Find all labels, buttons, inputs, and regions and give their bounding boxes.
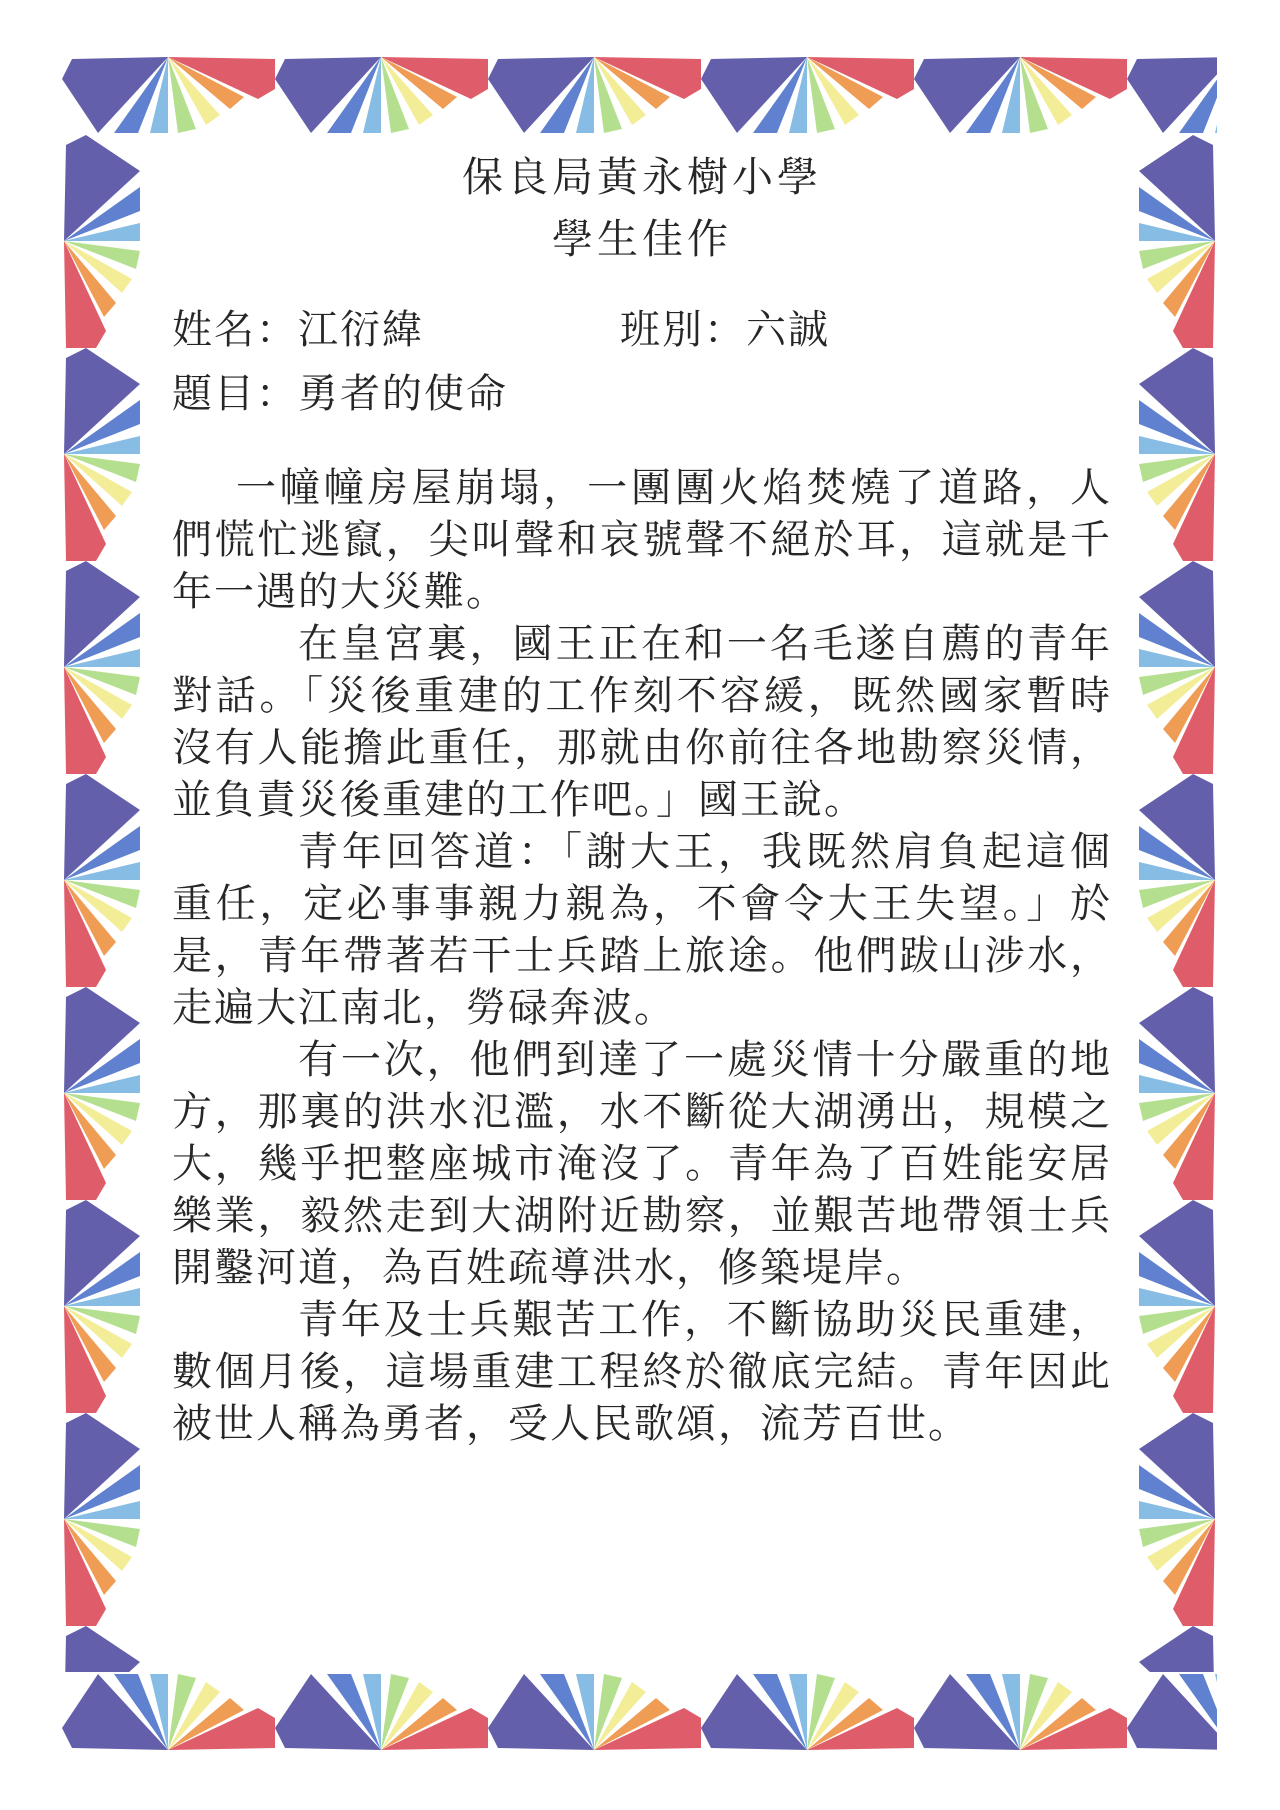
class-label: 班別：: [620, 307, 746, 353]
paragraph-3: 青年回答道：「謝大王，我既然肩負起這個重任，定必事事親力親為，不會令大王失望。」…: [172, 826, 1112, 1034]
border-strip-bottom: [62, 1672, 1217, 1752]
class-field: 班別：六誠: [620, 307, 830, 353]
paragraph-1: 一幢幢房屋崩塌，一團團火焰焚燒了道路，人們慌忙逃竄，尖叫聲和哀號聲不絕於耳，這就…: [172, 462, 1112, 618]
border-strip-right: [1137, 135, 1217, 1672]
name-value: 江衍緯: [298, 307, 424, 353]
meta-row-title: 題目：勇者的使命: [172, 362, 1112, 426]
paragraph-2: 在皇宮裏，國王正在和一名毛遂自薦的青年對話。「災後重建的工作刻不容緩，既然國家暫…: [172, 618, 1112, 826]
class-value: 六誠: [746, 307, 830, 353]
name-field: 姓名：江衍緯: [172, 298, 620, 362]
title-label: 題目：: [172, 371, 298, 417]
school-name: 保良局黃永樹小學: [172, 146, 1112, 208]
essay-content: 保良局黃永樹小學 學生佳作 姓名：江衍緯班別：六誠 題目：勇者的使命 一幢幢房屋…: [172, 146, 1112, 1450]
border-strip-left: [62, 135, 142, 1672]
border-strip-top: [62, 55, 1217, 135]
essay-title: 勇者的使命: [298, 371, 508, 417]
meta-block: 姓名：江衍緯班別：六誠 題目：勇者的使命: [172, 298, 1112, 426]
document-subtitle: 學生佳作: [172, 208, 1112, 270]
name-label: 姓名：: [172, 307, 298, 353]
paragraph-5: 青年及士兵艱苦工作，不斷協助災民重建，數個月後，這場重建工程終於徹底完結。青年因…: [172, 1294, 1112, 1450]
paragraph-4: 有一次，他們到達了一處災情十分嚴重的地方，那裏的洪水氾濫，水不斷從大湖湧出，規模…: [172, 1034, 1112, 1294]
essay-page: 保良局黃永樹小學 學生佳作 姓名：江衍緯班別：六誠 題目：勇者的使命 一幢幢房屋…: [0, 0, 1280, 1810]
essay-body: 一幢幢房屋崩塌，一團團火焰焚燒了道路，人們慌忙逃竄，尖叫聲和哀號聲不絕於耳，這就…: [172, 462, 1112, 1450]
meta-row-name-class: 姓名：江衍緯班別：六誠: [172, 298, 1112, 362]
